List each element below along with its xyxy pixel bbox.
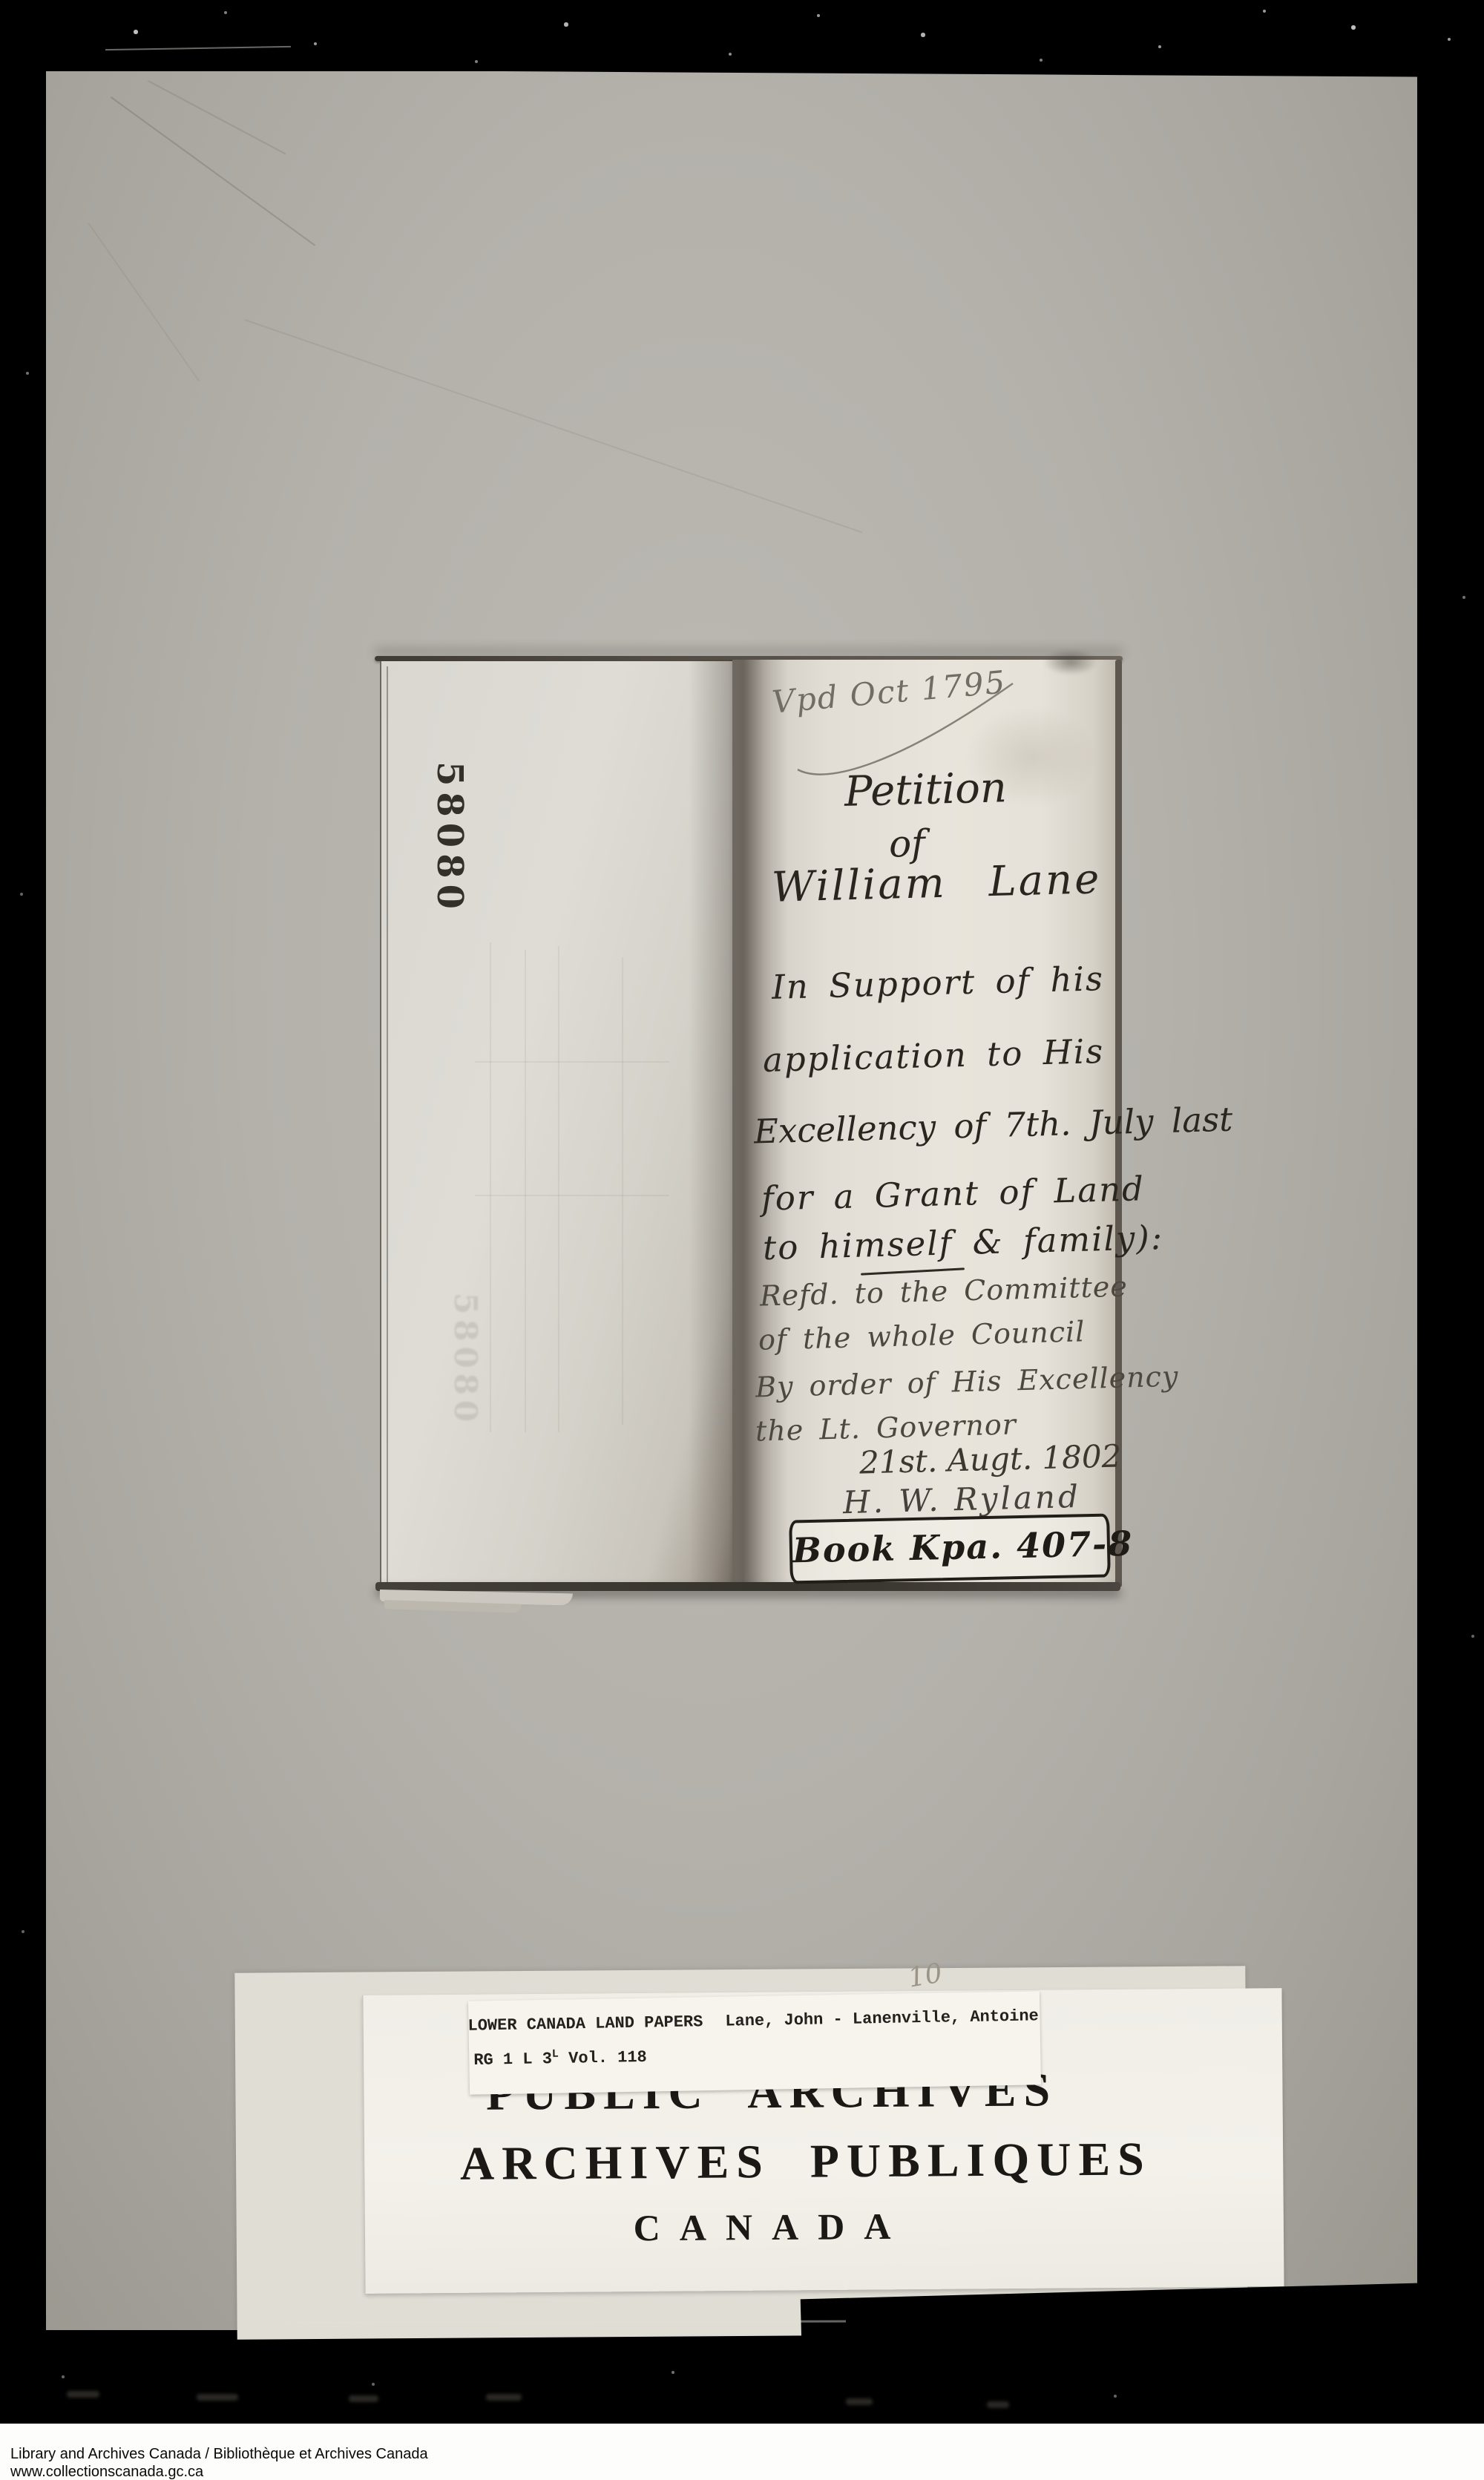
showthrough-line bbox=[475, 1195, 669, 1196]
typed-reference-label: LOWER CANADA LAND PAPERSLane, John - Lan… bbox=[468, 1991, 1041, 2094]
film-smudge bbox=[486, 2394, 522, 2401]
corner-smudge bbox=[1043, 649, 1098, 675]
petition-title-line: Petition bbox=[844, 764, 1008, 816]
film-dust-speckles bbox=[0, 0, 1, 1]
pencil-margin-note: 10 bbox=[906, 1958, 945, 1993]
footer-url: www.collectionscanada.gc.ca bbox=[10, 2464, 203, 2480]
microfilm-frame: 58080 58080 Vpd Oct 1795 Petition of Wil… bbox=[0, 0, 1484, 2480]
archives-stamp-line: ARCHIVES PUBLIQUES bbox=[460, 2132, 1083, 2191]
showthrough-line bbox=[558, 946, 559, 1432]
booklet-bottom-edge bbox=[375, 1582, 1120, 1591]
film-smudge bbox=[846, 2398, 873, 2405]
book-reference-text: Book Kpa. 407-8 bbox=[792, 1523, 1133, 1571]
showthrough-line bbox=[490, 942, 491, 1432]
lac-footer-bar: Library and Archives Canada / Bibliothèq… bbox=[0, 2424, 1484, 2480]
archive-item-number: 58080 bbox=[429, 761, 470, 915]
film-edge bbox=[0, 24, 1484, 77]
film-smudge bbox=[987, 2401, 1009, 2408]
showthrough-number: 58080 bbox=[447, 1293, 484, 1427]
film-smudge bbox=[197, 2394, 238, 2401]
docket-date: 21st. Augt. 1802 bbox=[858, 1437, 1121, 1480]
book-reference-box: Book Kpa. 407-8 bbox=[789, 1513, 1111, 1584]
showthrough-line bbox=[475, 1061, 669, 1063]
film-smudge bbox=[349, 2395, 378, 2402]
film-edge bbox=[801, 2281, 1484, 2381]
showthrough-line bbox=[622, 957, 623, 1425]
showthrough-line bbox=[525, 950, 526, 1432]
petitioner-name: William Lane bbox=[771, 855, 1102, 912]
archives-stamp-line: CANADA bbox=[460, 2203, 1083, 2251]
footer-institution-text: Library and Archives Canada / Bibliothèq… bbox=[10, 2446, 428, 2463]
left-page-crease bbox=[387, 666, 388, 1583]
film-smudge bbox=[67, 2391, 99, 2398]
